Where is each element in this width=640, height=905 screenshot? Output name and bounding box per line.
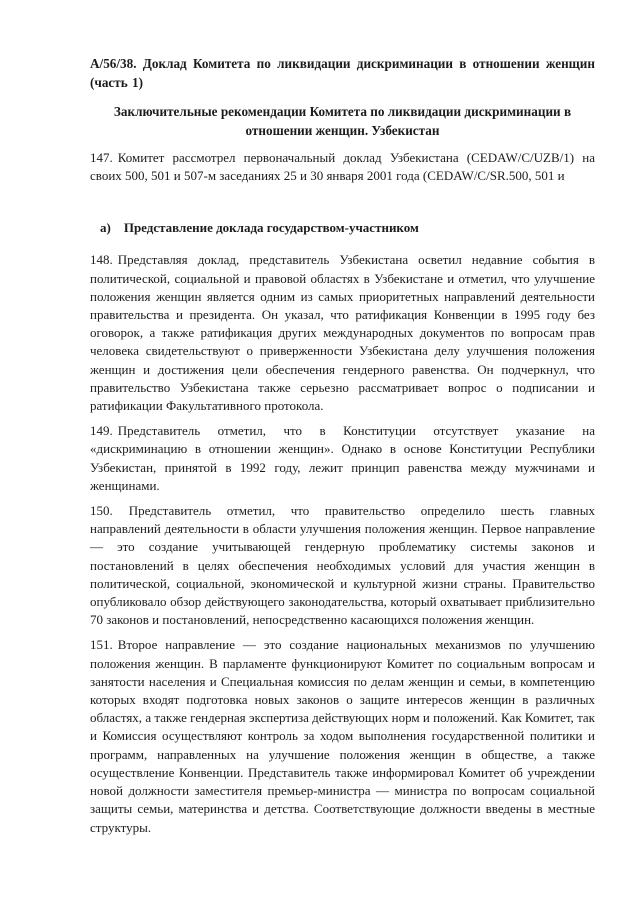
paragraph-151: 151.Второе направление — это создание на…: [90, 636, 595, 836]
paragraph-149-text: Представитель отметил, что в Конституции…: [90, 423, 595, 493]
paragraph-149: 149.Представитель отметил, что в Констит…: [90, 422, 595, 495]
paragraph-151-text: Второе направление — это создание национ…: [90, 637, 595, 834]
paragraph-148: 148.Представляя доклад, представитель Уз…: [90, 251, 595, 415]
document-subtitle: Заключительные рекомендации Комитета по …: [97, 102, 589, 140]
paragraph-150-text: Представитель отметил, что правительство…: [90, 503, 595, 627]
section-a-label: а): [100, 220, 111, 235]
paragraph-149-number: 149.: [90, 423, 113, 438]
document-title: А/56/38. Доклад Комитета по ликвидации д…: [90, 54, 595, 92]
paragraph-150-number: 150.: [90, 503, 113, 518]
paragraph-148-text: Представляя доклад, представитель Узбеки…: [90, 252, 595, 413]
paragraph-147-text: Комитет рассмотрел первоначальный доклад…: [90, 150, 595, 183]
paragraph-150: 150.Представитель отметил, что правитель…: [90, 502, 595, 629]
paragraph-148-number: 148.: [90, 252, 113, 267]
section-a-heading: а)Представление доклада государством-уча…: [100, 219, 595, 237]
section-a-title: Представление доклада государством-участ…: [124, 220, 419, 235]
paragraph-147: 147.Комитет рассмотрел первоначальный до…: [90, 149, 595, 185]
paragraph-147-number: 147.: [90, 150, 113, 165]
paragraph-151-number: 151.: [90, 637, 113, 652]
document-page: А/56/38. Доклад Комитета по ликвидации д…: [0, 0, 640, 905]
